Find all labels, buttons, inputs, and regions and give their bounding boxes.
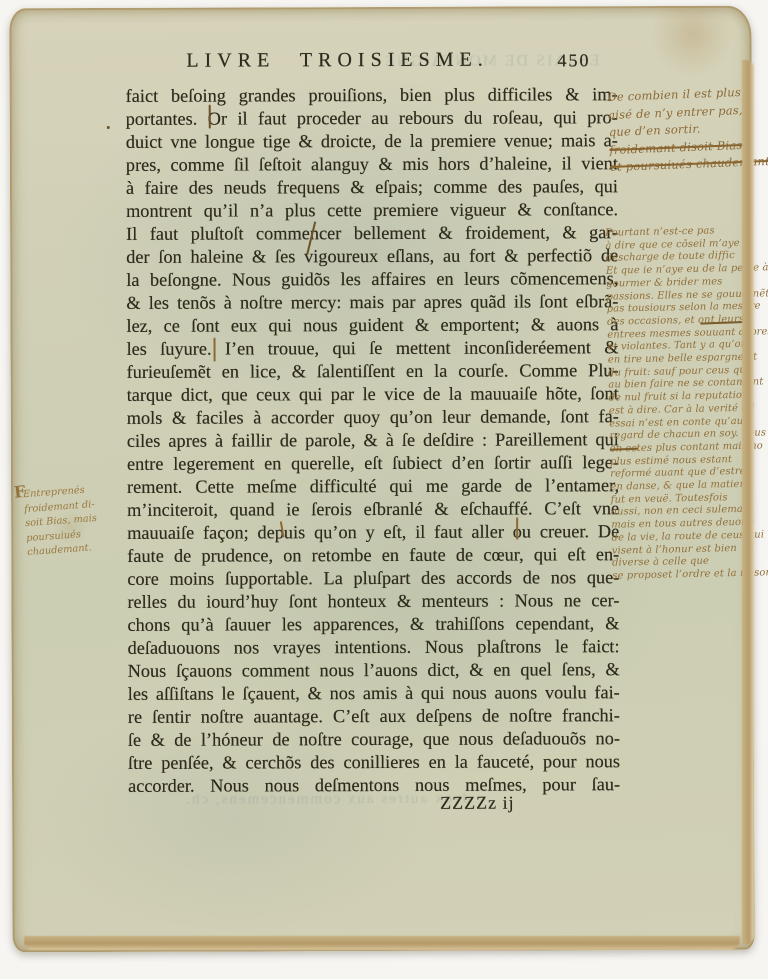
body-text-line: furieuſemẽt en lice, & ſalentiſſent en l… xyxy=(127,359,619,384)
body-text-line: mols & faciles à accorder quoy qu’on leu… xyxy=(127,405,619,430)
body-text-line: la beſongne. Nous guidõs les affaires en… xyxy=(126,267,618,292)
body-text-line: faute de prudence, on retombe en faute d… xyxy=(127,543,619,568)
body-text-line: les ſuyure. I’en trouue, qui ſe mettent … xyxy=(127,336,619,361)
body-text-line: à faire des neuds frequens & eſpais; com… xyxy=(126,175,618,200)
margin-annotation-left: Entreprenésfroidemant di-soit Bias, mais… xyxy=(23,482,112,561)
page-number: 450 xyxy=(558,50,591,71)
body-text-line: faict beſoing grandes prouiſions, bien p… xyxy=(126,83,618,108)
ink-dot-mark xyxy=(107,126,110,129)
body-text-line: pres, comme ſil ſeſtoit alanguy & mis ho… xyxy=(126,152,618,177)
body-text-line: core moins ſupportable. La pluſpart des … xyxy=(127,566,619,591)
body-text-line: relles du iourd’huy ſont honteux & mente… xyxy=(127,589,619,614)
body-text-line: rement. Cette meſme difficulté qui me ga… xyxy=(127,474,619,499)
body-text-line: Il faut pluſtoſt commencer bellement & f… xyxy=(126,221,618,246)
body-text-line: duict vne longue tige & droicte, de la p… xyxy=(126,129,618,154)
bleedthrough-footer-text: deux autres aux commencemens, ch. xyxy=(130,791,470,809)
body-text-line: portantes. Or il faut proceder au rebour… xyxy=(126,106,618,131)
printed-body-text: faict beſoing grandes prouiſions, bien p… xyxy=(126,83,620,798)
body-text-line: chons qu’à ſauuer les apparences, & trah… xyxy=(127,612,619,637)
body-text-line: mauuaiſe façon; depuis qu’on y eſt, il f… xyxy=(127,520,619,545)
scan-background: { "header": { "title": "LIVRE TROISIESME… xyxy=(0,0,768,979)
body-text-line: der ſon haleine & ſes vigoureux eſlans, … xyxy=(126,244,618,269)
book-page: ESSAIS DE MONTAIGNE LIVRE TROISIESME. 45… xyxy=(9,6,754,953)
page-bottom-edge xyxy=(24,936,740,950)
body-text-line: entre legerement en querelle, eſt ſubiec… xyxy=(127,451,619,476)
body-text-line: re ſentir noſtre auantage. C’eſt aux deſ… xyxy=(128,704,620,729)
body-text-line: tarque dict, que ceux qui par le vice de… xyxy=(127,382,619,407)
body-text-line: ciles apres à faillir de parole, & à ſe … xyxy=(127,428,619,453)
running-header: LIVRE TROISIESME. xyxy=(128,48,548,72)
ink-bracket-mark xyxy=(209,105,211,129)
body-text-line: & les tenõs à noſtre mercy: mais par apr… xyxy=(126,290,618,315)
signature-mark: ZZZZz ij xyxy=(440,793,515,814)
body-text-line: les aſſiſtans le ſçauent, & nos amis à q… xyxy=(128,681,620,706)
body-text-line: Nous ſçauons comment nous l’auons dict, … xyxy=(128,658,620,683)
body-text-line: m’inciteroit, quand ie ſerois eſbranlé &… xyxy=(127,497,619,522)
ink-bracket-mark xyxy=(214,338,216,362)
body-text-line: ſe & de l’hóneur de noſtre courage, que … xyxy=(128,727,620,752)
ink-bracket-mark xyxy=(516,518,518,540)
body-text-line: deſaduouons nos vrayes intentions. Nous … xyxy=(128,635,620,660)
body-text-line: ſtre penſée, & cerchõs des conillieres e… xyxy=(128,750,620,775)
body-text-line: lez, ce ſont eux qui nous guident & empo… xyxy=(126,313,618,338)
body-text-line: montrent qu’il n’a plus cette premiere v… xyxy=(126,198,618,223)
page-right-edge xyxy=(742,60,754,944)
